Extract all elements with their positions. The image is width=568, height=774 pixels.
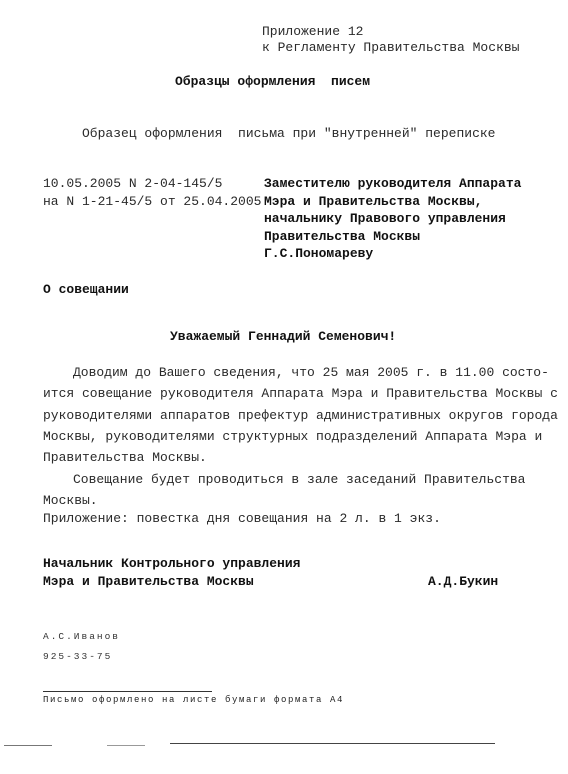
executor-name: А.С.Иванов	[43, 632, 120, 642]
addressee-line: Правительства Москвы	[264, 230, 420, 243]
signatory-organization: Мэра и Правительства Москвы	[43, 575, 254, 588]
executor-phone: 925-33-75	[43, 652, 112, 662]
scan-edge-line	[4, 745, 52, 746]
body-line: Доводим до Вашего сведения, что 25 мая 2…	[43, 366, 487, 379]
sample-title: Образец оформления письма при "внутренне…	[82, 127, 495, 140]
body-line: Правительства Москвы.	[43, 451, 487, 464]
appendix-reference: к Регламенту Правительства Москвы	[262, 41, 519, 54]
body-line: Москвы, руководителями структурных подра…	[43, 430, 487, 443]
addressee-name: Г.С.Пономареву	[264, 247, 373, 260]
subject-line: О совещании	[43, 283, 129, 296]
salutation: Уважаемый Геннадий Семенович!	[170, 330, 396, 343]
body-line: руководителями аппаратов префектур админ…	[43, 409, 487, 422]
addressee-line: начальнику Правового управления	[264, 212, 506, 225]
reply-reference: на N 1-21-45/5 от 25.04.2005	[43, 195, 261, 208]
scan-edge-line	[170, 743, 495, 744]
section-title: Образцы оформления писем	[175, 75, 370, 88]
signatory-name: А.Д.Букин	[428, 575, 498, 588]
scan-edge-line	[107, 745, 145, 746]
signatory-position: Начальник Контрольного управления	[43, 557, 300, 570]
body-line: Совещание будет проводиться в зале засед…	[43, 473, 487, 486]
appendix-number: Приложение 12	[262, 25, 363, 38]
body-line: Москвы.	[43, 494, 487, 507]
addressee-line: Мэра и Правительства Москвы,	[264, 195, 482, 208]
attachment-note: Приложение: повестка дня совещания на 2 …	[43, 512, 441, 525]
footnote: Письмо оформлено на листе бумаги формата…	[43, 696, 344, 705]
registration-number: 10.05.2005 N 2-04-145/5	[43, 177, 222, 190]
footnote-divider	[43, 691, 212, 692]
body-line: ится совещание руководителя Аппарата Мэр…	[43, 387, 487, 400]
addressee-line: Заместителю руководителя Аппарата	[264, 177, 521, 190]
